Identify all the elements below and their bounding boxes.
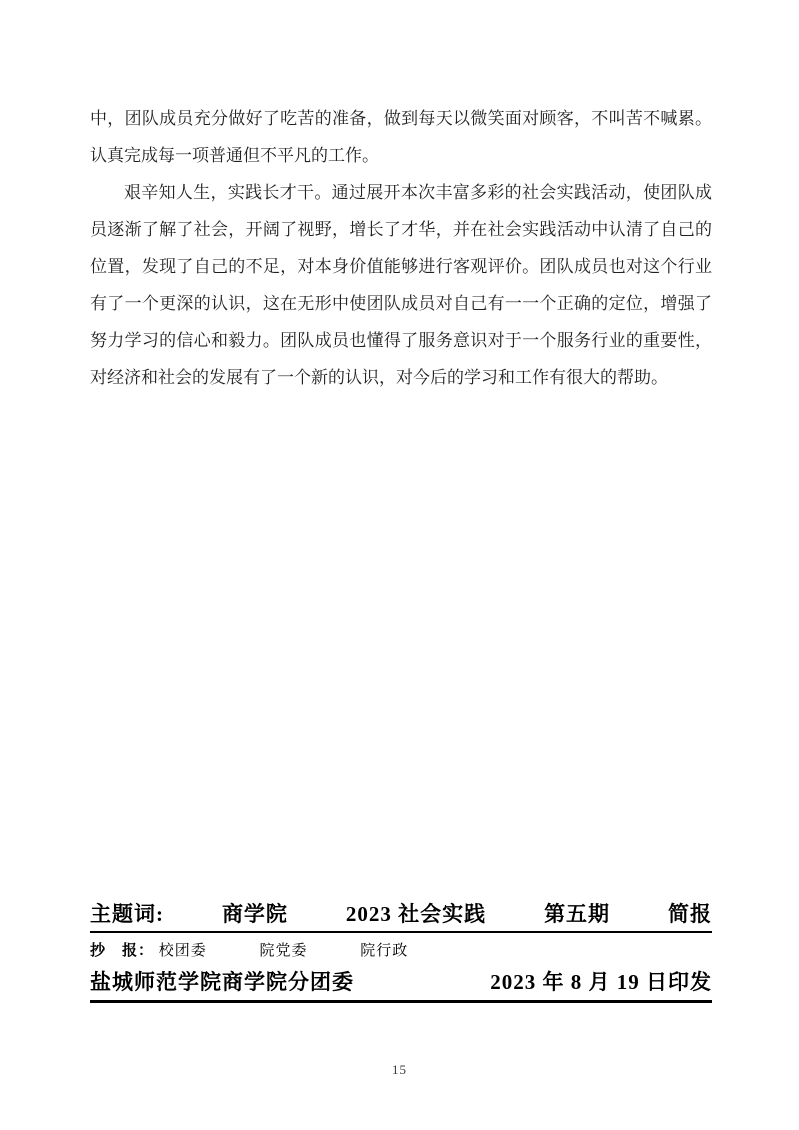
- issue-date: 2023 年 8 月 19 日印发: [490, 966, 712, 996]
- footer-block: 主题词: 商学院 2023 社会实践 第五期 简报 抄 报： 校团委 院党委 院…: [90, 898, 712, 1003]
- paragraph-continuation: 中，团队成员充分做好了吃苦的准备，做到每天以微笑面对顾客，不叫苦不喊累。认真完成…: [90, 100, 712, 174]
- cc-row: 抄 报： 校团委 院党委 院行政: [90, 933, 712, 964]
- paragraph: 艰辛知人生，实践长才干。通过展开本次丰富多彩的社会实践活动，使团队成员逐渐了解了…: [90, 174, 712, 396]
- subject-item-type: 简报: [668, 898, 712, 928]
- issuer-row: 盐城师范学院商学院分团委 2023 年 8 月 19 日印发: [90, 964, 712, 1003]
- subject-label: 主题词:: [90, 898, 164, 928]
- cc-item-college-administration: 院行政: [360, 943, 408, 959]
- subject-item-department: 商学院: [222, 898, 288, 928]
- document-page: 中，团队成员充分做好了吃苦的准备，做到每天以微笑面对顾客，不叫苦不喊累。认真完成…: [0, 0, 799, 1130]
- issuer-name: 盐城师范学院商学院分团委: [90, 966, 354, 996]
- subject-item-topic: 2023 社会实践: [346, 898, 486, 928]
- cc-label: 抄 报：: [90, 943, 154, 959]
- cc-item-school-youth-league: 校团委: [159, 943, 207, 959]
- cc-item-college-party-committee: 院党委: [260, 943, 308, 959]
- subject-row: 主题词: 商学院 2023 社会实践 第五期 简报: [90, 898, 712, 933]
- body-text: 中，团队成员充分做好了吃苦的准备，做到每天以微笑面对顾客，不叫苦不喊累。认真完成…: [90, 100, 712, 396]
- page-number: 15: [0, 1062, 799, 1078]
- subject-item-issue: 第五期: [544, 898, 610, 928]
